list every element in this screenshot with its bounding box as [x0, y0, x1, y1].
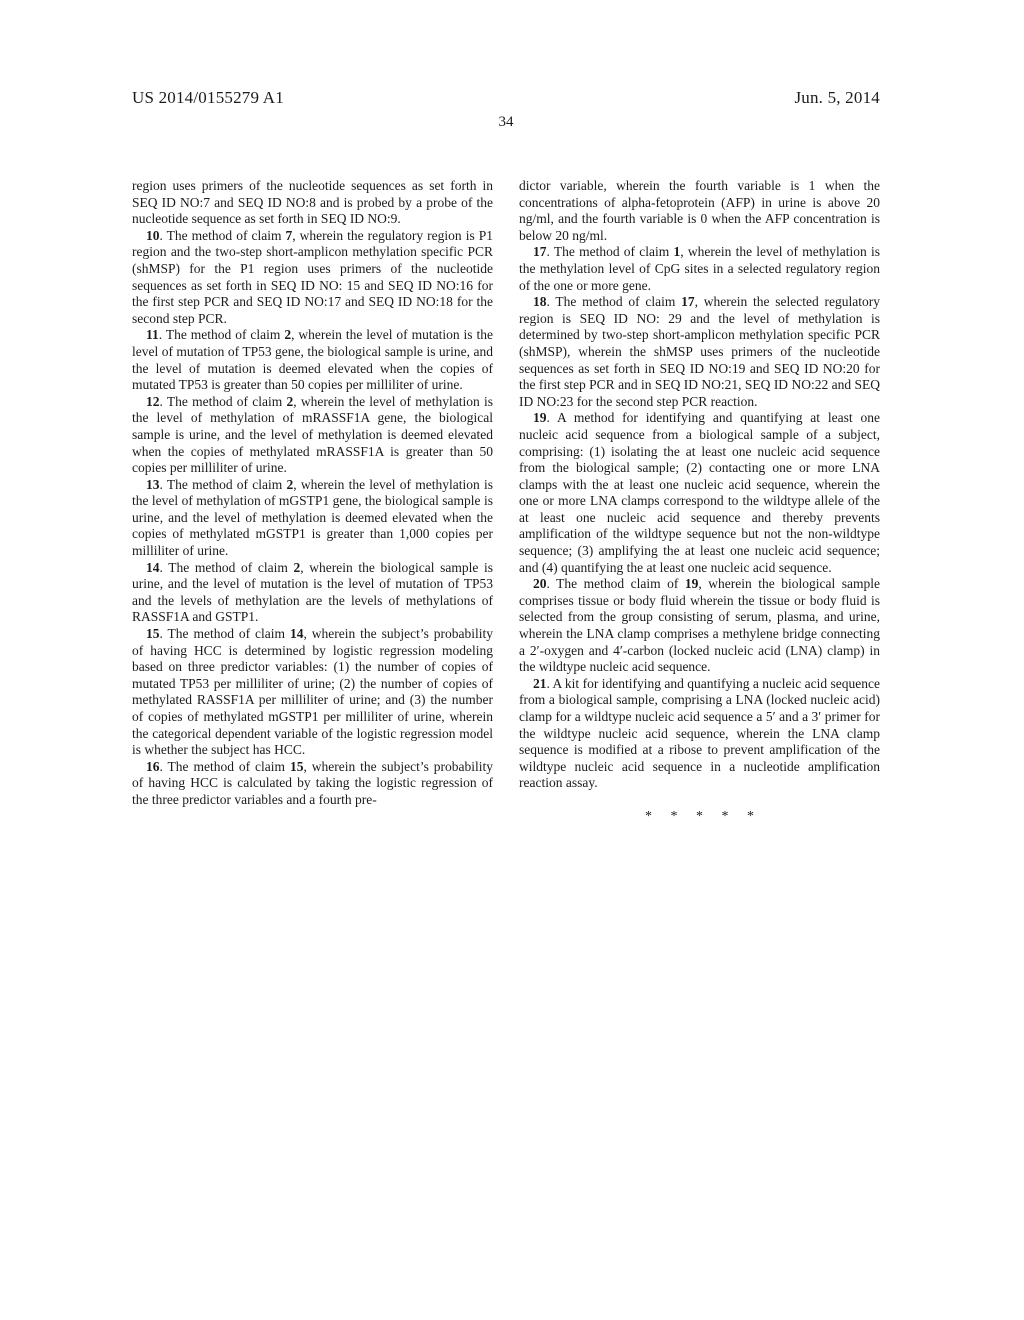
claim-19: 19. A method for identifying and quantif…	[519, 410, 880, 576]
claim-16-continuation: dictor variable, wherein the fourth vari…	[519, 178, 880, 244]
end-of-claims-asterisks: * * * * *	[519, 809, 880, 826]
claim-17: 17. The method of claim 1, wherein the l…	[519, 244, 880, 294]
claim-11: 11. The method of claim 2, wherein the l…	[132, 327, 493, 393]
left-column: region uses primers of the nucleotide se…	[132, 178, 493, 826]
claim-15: 15. The method of claim 14, wherein the …	[132, 626, 493, 759]
page-number: 34	[132, 114, 880, 131]
claim-10: 10. The method of claim 7, wherein the r…	[132, 228, 493, 328]
claim-9-continuation: region uses primers of the nucleotide se…	[132, 178, 493, 228]
right-column: dictor variable, wherein the fourth vari…	[519, 178, 880, 826]
claim-20: 20. The method claim of 19, wherein the …	[519, 576, 880, 676]
claim-13: 13. The method of claim 2, wherein the l…	[132, 477, 493, 560]
patent-document-page: US 2014/0155279 A1 Jun. 5, 2014 34 regio…	[0, 0, 1024, 1320]
claims-body: region uses primers of the nucleotide se…	[132, 178, 880, 826]
claim-16-start: 16. The method of claim 15, wherein the …	[132, 759, 493, 809]
publication-date: Jun. 5, 2014	[794, 88, 880, 108]
claim-21: 21. A kit for identifying and quantifyin…	[519, 676, 880, 792]
publication-number: US 2014/0155279 A1	[132, 88, 284, 108]
claim-14: 14. The method of claim 2, wherein the b…	[132, 560, 493, 626]
claim-12: 12. The method of claim 2, wherein the l…	[132, 394, 493, 477]
page-header: US 2014/0155279 A1 Jun. 5, 2014	[132, 88, 880, 108]
claim-18: 18. The method of claim 17, wherein the …	[519, 294, 880, 410]
